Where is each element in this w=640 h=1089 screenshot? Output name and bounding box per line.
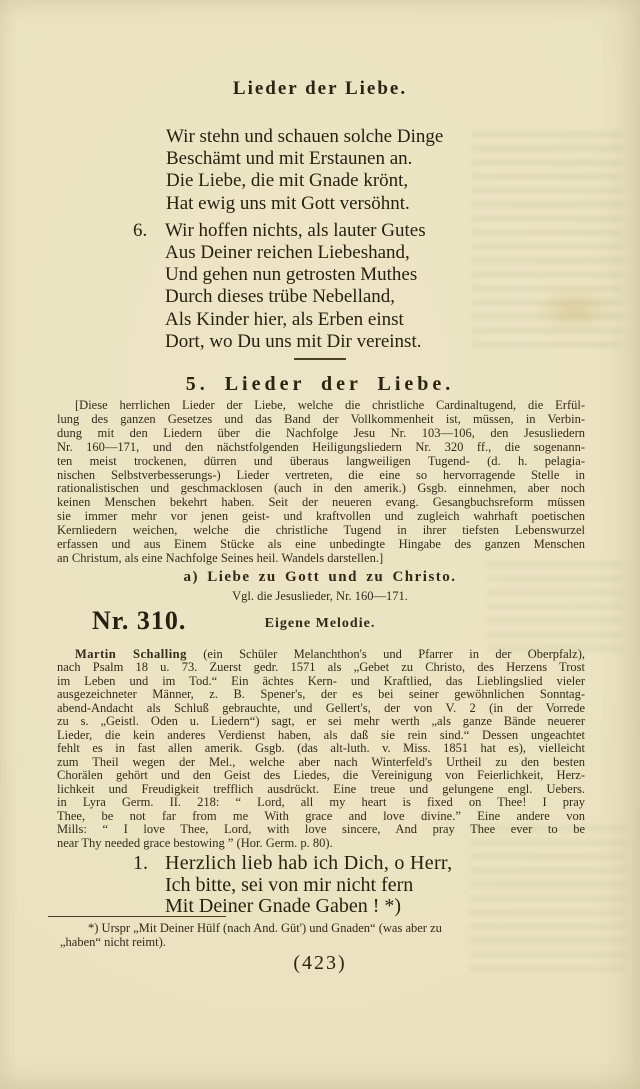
hymn-310-introduction: Martin Schalling (ein Schüler Melanchtho…	[57, 648, 585, 851]
hymn-309-verse-5: Wir stehn und schauen solche Dinge Besch…	[166, 126, 640, 215]
verse-line: Aus Deiner reichen Liebeshand,	[165, 242, 426, 264]
commentary-line: Nr. 160—171, und den nächstfolgenden Hei…	[57, 441, 585, 455]
verse-line: Die Liebe, die mit Gnade krönt,	[166, 170, 640, 192]
intro-line: lichkeit und Freudigkeit trefflich ausdr…	[57, 783, 585, 797]
verse-line: Mit Deiner Gnade Gaben ! *)	[165, 896, 452, 918]
intro-line: im Leben und im Tod.“ Ein ächtes Kern- u…	[57, 675, 585, 689]
commentary-line: ten meist trockenen, dürren und überaus …	[57, 455, 585, 469]
cross-reference: Vgl. die Jesuslieder, Nr. 160—171.	[0, 589, 640, 604]
verse-line: Beschämt und mit Erstaunen an.	[166, 148, 640, 170]
page-number: (423)	[0, 952, 640, 975]
intro-line: Thee, be not far from me With grace and …	[57, 810, 585, 824]
hymn-309-verse-6: 6. Wir hoffen nichts, als lauter Gutes A…	[0, 220, 640, 353]
commentary-line: Kernliedern weichen, welche die christli…	[57, 524, 585, 538]
footnote: *) Urspr „Mit Deiner Hülf (nach And. Güt…	[60, 921, 585, 949]
intro-line-rest: (ein Schüler Melanchthon's und Pfarrer i…	[187, 647, 585, 661]
verse-line: Durch dieses trübe Nebelland,	[165, 286, 426, 308]
commentary-line: sie immer mehr vor jenen geist- und kraf…	[57, 510, 585, 524]
commentary-line: rationalistischen und geschmacklosen (au…	[57, 482, 585, 496]
verse-line: Herzlich lieb hab ich Dich, o Herr,	[165, 853, 452, 875]
intro-line: in Lyra Germ. II. 218: “ Lord, all my he…	[57, 796, 585, 810]
hymn-310-verse-1: 1. Herzlich lieb hab ich Dich, o Herr, I…	[0, 853, 640, 918]
intro-line: fehlt es in fast allen amerik. Gsgb. (da…	[57, 742, 585, 756]
verse-line: Hat ewig uns mit Gott versöhnt.	[166, 193, 640, 215]
commentary-line: nischen Selbstverbesserungs-) Lieder ver…	[57, 469, 585, 483]
verse-text: Herzlich lieb hab ich Dich, o Herr, Ich …	[165, 853, 452, 918]
commentary-line: [Diese herrlichen Lieder der Liebe, welc…	[57, 399, 585, 413]
footnote-line: „haben“ nicht reimt).	[60, 935, 585, 949]
melody-label: Eigene Melodie.	[0, 616, 640, 632]
intro-line: zum Theil wegen der Mel., welche aber na…	[57, 756, 585, 770]
hymn-310-header: Nr. 310. Eigene Melodie.	[0, 604, 640, 648]
book-page: Lieder der Liebe. Wir stehn und schauen …	[0, 0, 640, 1089]
verse-text: Wir hoffen nichts, als lauter Gutes Aus …	[165, 220, 426, 353]
commentary-line: lung des ganzen Gesetzes und das Band de…	[57, 413, 585, 427]
intro-line: abend-Andacht als Schluß gebrauchte, und…	[57, 702, 585, 716]
intro-line: ausgezeichneter Männer, z. B. Spener's, …	[57, 688, 585, 702]
section-commentary: [Diese herrlichen Lieder der Liebe, welc…	[57, 399, 585, 566]
verse-line: Als Kinder hier, als Erben einst	[165, 309, 426, 331]
section-heading: 5. Lieder der Liebe.	[0, 373, 640, 396]
subsection-heading: a) Liebe zu Gott und zu Christo.	[0, 569, 640, 586]
verse-number: 1.	[133, 853, 159, 918]
author-name: Martin Schalling	[75, 647, 187, 661]
intro-line: Mills: “ I love Thee, Lord, with love si…	[57, 823, 585, 837]
commentary-line: erfassen und aus Einem Stücke als eine u…	[57, 538, 585, 552]
verse-line: Dort, wo Du uns mit Dir vereinst.	[165, 331, 426, 353]
intro-line: Chorälen gehört und den Geist des Liedes…	[57, 769, 585, 783]
verse-line: Wir stehn und schauen solche Dinge	[166, 126, 640, 148]
verse-line: Wir hoffen nichts, als lauter Gutes	[165, 220, 426, 242]
verse-line: Und gehen nun getrosten Muthes	[165, 264, 426, 286]
verse-line: Ich bitte, sei von mir nicht fern	[165, 875, 452, 897]
footnote-line: *) Urspr „Mit Deiner Hülf (nach And. Güt…	[60, 921, 585, 935]
verse-number: 6.	[133, 220, 159, 353]
commentary-line: an Christum, als eine Nachfolge Seines h…	[57, 552, 585, 566]
intro-line: Martin Schalling (ein Schüler Melanchtho…	[57, 648, 585, 662]
intro-line: zu s. „Geistl. Oden u. Liedern“) sagt, e…	[57, 715, 585, 729]
commentary-line: dung mit den Liedern über die Nachfolge …	[57, 427, 585, 441]
intro-line: nach Psalm 18 u. 73. Zuerst gedr. 1571 a…	[57, 661, 585, 675]
intro-line: near Thy needed grace bestowing ” (Hor. …	[57, 837, 585, 851]
running-head: Lieder der Liebe.	[0, 78, 640, 100]
intro-line: Lieder, die kein anderes Verdienst haben…	[57, 729, 585, 743]
commentary-line: keinen Menschen bekehrt haben. Seit der …	[57, 496, 585, 510]
section-divider-rule	[294, 358, 346, 360]
